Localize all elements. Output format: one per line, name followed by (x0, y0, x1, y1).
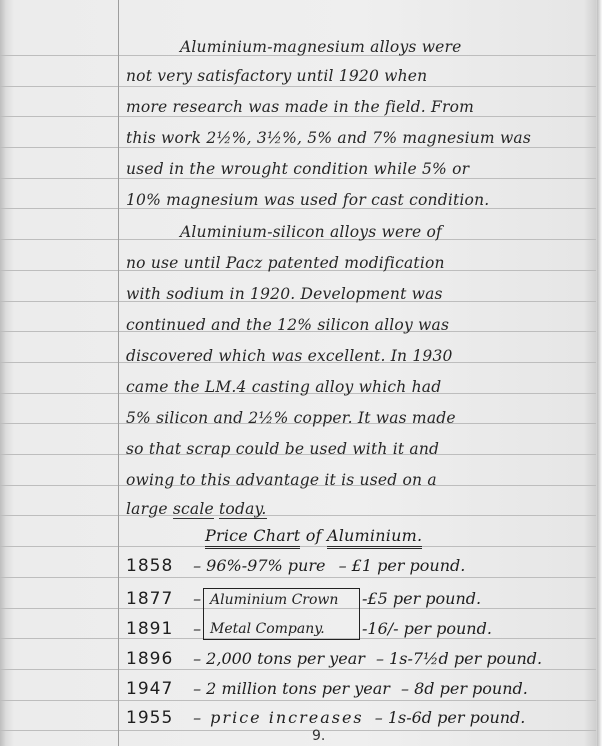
word: today. (219, 500, 267, 519)
margin-line (118, 0, 119, 746)
price-detail: – price increases (193, 708, 364, 727)
ruled-line (0, 86, 596, 87)
paragraph-1-line-3: more research was made in the field. Fro… (126, 97, 596, 117)
price-detail: – 96%-97% pure (193, 556, 325, 575)
paragraph-1-line-6: 10% magnesium was used for cast conditio… (126, 190, 596, 210)
price-value: – 8d per pound. (401, 679, 528, 698)
paragraph-1-line-1: Aluminium-magnesium alloys were (180, 37, 602, 57)
paragraph-2-line-2: no use until Pacz patented modification (126, 253, 596, 273)
word: scale (173, 500, 214, 519)
paragraph-2-line-6: came the LM.4 casting alloy which had (126, 377, 596, 397)
ruled-line (0, 577, 596, 578)
paragraph-2-line-3: with sodium in 1920. Development was (126, 284, 596, 304)
price-detail: – 2 million tons per year (193, 679, 390, 698)
ruled-line (0, 700, 596, 701)
price-value: – 1s-7½d per pound. (376, 649, 542, 668)
paragraph-1-line-5: used in the wrought condition while 5% o… (126, 159, 596, 179)
word: large (126, 500, 168, 518)
price-value: -16/- per pound. (362, 619, 492, 638)
price-detail: – (193, 589, 201, 608)
paragraph-2-line-8: so that scrap could be used with it and (126, 439, 596, 459)
ruled-line (0, 669, 596, 670)
price-row-1877: 1877 – -£5 per pound. (126, 589, 596, 609)
price-value: -£5 per pound. (362, 589, 481, 608)
paragraph-1-line-4: this work 2½%, 3½%, 5% and 7% magnesium … (126, 128, 596, 148)
paragraph-2-line-10: large scale today. (126, 499, 596, 519)
price-row-1858: 1858 – 96%-97% pure – £1 per pound. (126, 556, 596, 576)
price-chart-title: Price Chart of Aluminium. (205, 526, 602, 546)
price-value: – 1s-6d per pound. (375, 708, 526, 727)
price-chart-title-part2: Aluminium. (327, 526, 422, 549)
price-chart-title-joiner: of (306, 526, 322, 545)
price-year: 1947 (126, 679, 188, 699)
page-number: 9. (312, 728, 325, 744)
paragraph-1-line-2: not very satisfactory until 1920 when (126, 66, 596, 86)
paragraph-2-line-9: owing to this advantage it is used on a (126, 470, 596, 490)
price-detail: – (193, 619, 201, 638)
ruled-line (0, 730, 596, 731)
price-year: 1896 (126, 649, 188, 669)
notebook-page: Aluminium-magnesium alloys were not very… (0, 0, 602, 746)
price-row-1896: 1896 – 2,000 tons per year – 1s-7½d per … (126, 649, 596, 669)
price-row-1947: 1947 – 2 million tons per year – 8d per … (126, 679, 596, 699)
price-row-1955: 1955 – price increases – 1s-6d per pound… (126, 708, 596, 728)
paragraph-2-line-5: discovered which was excellent. In 1930 (126, 346, 596, 366)
paragraph-2-line-1: Aluminium-silicon alloys were of (180, 222, 602, 242)
price-year: 1955 (126, 708, 188, 728)
price-detail: – 2,000 tons per year (193, 649, 365, 668)
page-edge (597, 0, 602, 746)
price-row-1891: 1891 – -16/- per pound. (126, 619, 596, 639)
price-chart-title-part1: Price Chart (205, 526, 300, 549)
price-year: 1891 (126, 619, 188, 639)
paragraph-2-line-7: 5% silicon and 2½% copper. It was made (126, 408, 596, 428)
price-value: – £1 per pound. (339, 556, 466, 575)
price-year: 1858 (126, 556, 188, 576)
price-year: 1877 (126, 589, 188, 609)
paragraph-2-line-4: continued and the 12% silicon alloy was (126, 315, 596, 335)
